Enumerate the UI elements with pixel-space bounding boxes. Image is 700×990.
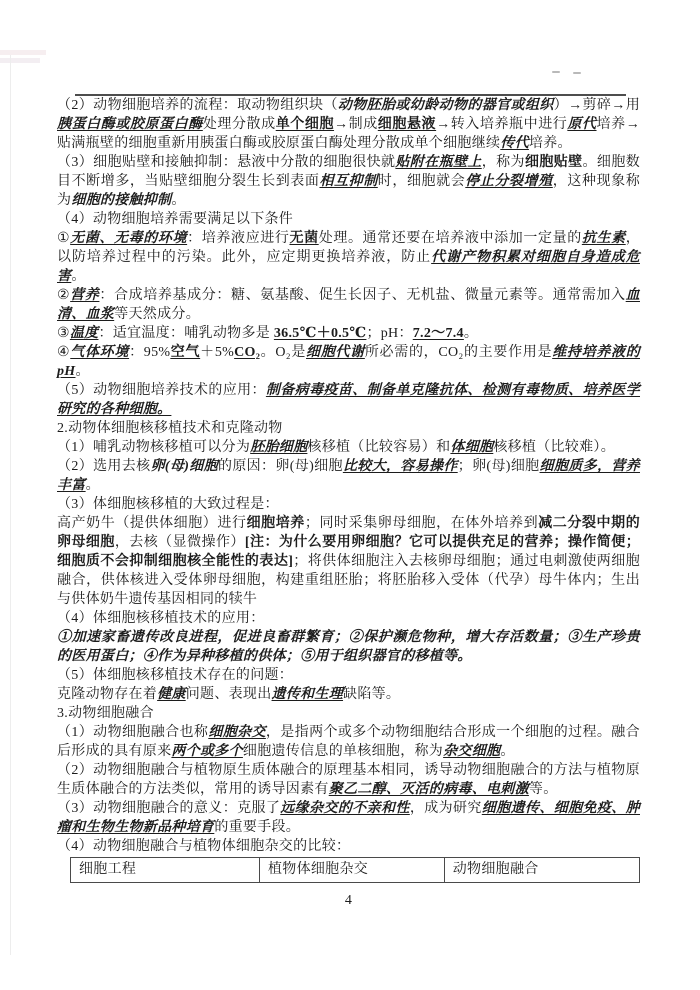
paragraph: ③温度：适宜温度：哺乳动物多是 36.5℃＋0.5℃；pH：7.2～7.4。 xyxy=(57,324,640,343)
text-run: （4）动物细胞培养需要满足以下条件 xyxy=(57,212,293,227)
paragraph: 3.动物细胞融合 xyxy=(57,704,640,723)
text-run: 细胞杂交 xyxy=(208,725,266,740)
paragraph: 克隆动物存在着健康问题、表现出遗传和生理缺陷等。 xyxy=(57,685,640,704)
text-run: →制成 xyxy=(334,117,378,132)
paragraph: ④气体环境：95%空气＋5%CO₂。O₂是细胞代谢所必需的，CO₂的主要作用是维… xyxy=(57,343,640,381)
text-run: 处理分散成 xyxy=(203,117,276,132)
text-run: 抗生素 xyxy=(582,231,626,246)
paragraph: 2.动物体细胞核移植技术和克隆动物 xyxy=(57,419,640,438)
text-run: 。 xyxy=(71,269,85,284)
text-run: 无菌 xyxy=(289,231,318,246)
paragraph: （4）动物细胞融合与植物体细胞杂交的比较： xyxy=(57,837,640,856)
text-run: 两个或多个 xyxy=(171,744,243,759)
text-run: 体细胞 xyxy=(450,440,493,455)
paragraph: （1）哺乳动物核移植可以分为胚胎细胞核移植（比较容易）和体细胞核移植（比较难）。 xyxy=(57,438,640,457)
scan-edge-line xyxy=(10,55,11,955)
text-run: 无菌、无毒的环境 xyxy=(70,231,187,246)
text-run: 远缘杂交的不亲和性 xyxy=(280,801,410,816)
text-run: 3.动物细胞融合 xyxy=(57,706,154,721)
paragraph: （5）体细胞核移植技术存在的问题： xyxy=(57,666,640,685)
table-header-cell-cell-engineering: 细胞工程 xyxy=(71,858,260,883)
text-run: 杂交细胞 xyxy=(443,744,500,759)
text-run: 高产奶牛（提供体细胞）进行 xyxy=(57,516,247,531)
paragraph: （3）动物细胞融合的意义：克服了远缘杂交的不亲和性，成为研究细胞遗传、细胞免疫、… xyxy=(57,799,640,837)
text-run: （2）动物细胞培养的流程：取动物组织块（ xyxy=(57,98,338,113)
text-run: 动物胚胎或幼龄动物的器官或组织 xyxy=(338,98,554,113)
text-run: （5）体细胞核移植技术存在的问题： xyxy=(57,668,293,683)
text-run: 的原因：卵(母)细胞 xyxy=(218,459,343,474)
text-run: ，成为研究 xyxy=(410,801,482,816)
text-run: →转入培养瓶中进行 xyxy=(436,117,567,132)
paragraph: ①无菌、无毒的环境：培养液应进行无菌处理。通常还要在培养液中添加一定量的抗生素，… xyxy=(57,229,640,286)
table-header-cell-plant-somatic-hybridization: 植物体细胞杂交 xyxy=(259,858,444,883)
text-run: ，称为 xyxy=(482,155,525,170)
text-run: 传代 xyxy=(500,136,529,151)
text-run: 所必需的，CO₂的主要作用是 xyxy=(365,345,552,360)
text-run: ：95% xyxy=(129,345,170,360)
text-run: 。 xyxy=(76,364,90,379)
text-run: 聚乙二醇、灭活的病毒、电刺激 xyxy=(329,782,529,797)
text-run: 36.5℃＋0.5℃ xyxy=(274,326,367,341)
text-run: 细胞贴壁 xyxy=(525,155,583,170)
table-header-row: 细胞工程 植物体细胞杂交 动物细胞融合 xyxy=(71,858,640,883)
scan-artifact-streak xyxy=(0,58,40,63)
text-run: （5）动物细胞培养技术的应用： xyxy=(57,383,266,398)
text-run: 单个细胞 xyxy=(276,117,334,132)
paragraph: （2）动物细胞融合与植物原生质体融合的原理基本相同，诱导动物细胞融合的方法与植物… xyxy=(57,761,640,799)
scan-artifact-streak xyxy=(0,50,46,55)
paragraph-container: （2）动物细胞培养的流程：取动物组织块（动物胚胎或幼龄动物的器官或组织）→剪碎→… xyxy=(57,96,640,856)
text-run: ）→剪碎→用 xyxy=(554,98,640,113)
document-body: （2）动物细胞培养的流程：取动物组织块（动物胚胎或幼龄动物的器官或组织）→剪碎→… xyxy=(57,96,640,910)
paragraph: ①加速家畜遗传改良进程，促进良畜群繁育；②保护濒危物种，增大存活数量；③生产珍贵… xyxy=(57,628,640,666)
table-header-cell-animal-cell-fusion: 动物细胞融合 xyxy=(444,858,639,883)
text-run: CO₂ xyxy=(234,345,260,360)
paragraph: （3）体细胞核移植的大致过程是： xyxy=(57,495,640,514)
text-run: 培养。 xyxy=(529,136,572,151)
text-run: （4）动物细胞融合与植物体细胞杂交的比较： xyxy=(57,839,350,854)
text-run: 停止分裂增殖 xyxy=(465,174,553,189)
paragraph: （2）动物细胞培养的流程：取动物组织块（动物胚胎或幼龄动物的器官或组织）→剪碎→… xyxy=(57,96,640,153)
text-run: ② xyxy=(57,288,70,303)
text-run: 克隆动物存在着 xyxy=(57,687,157,702)
text-run: ④ xyxy=(57,345,70,360)
text-run: 问题、表现出 xyxy=(186,687,272,702)
text-run: 细胞培养 xyxy=(247,516,305,531)
text-run: 胰蛋白酶或胶原蛋白酶 xyxy=(57,117,203,132)
text-run: 比较大，容易操作 xyxy=(343,459,458,474)
text-run: 细胞悬液 xyxy=(378,117,436,132)
text-run: （1）动物细胞融合也称 xyxy=(57,725,208,740)
comparison-table: 细胞工程 植物体细胞杂交 动物细胞融合 xyxy=(70,857,640,883)
paragraph: ②营养：合成培养基成分：糖、氨基酸、促生长因子、无机盐、微量元素等。通常需加入血… xyxy=(57,286,640,324)
text-run: （3）细胞贴壁和接触抑制：悬液中分散的细胞很快就 xyxy=(57,155,395,170)
text-run: 空气 xyxy=(170,345,200,360)
text-run: 。O₂是 xyxy=(260,345,306,360)
text-run: 。 xyxy=(464,326,478,341)
document-page: （2）动物细胞培养的流程：取动物组织块（动物胚胎或幼龄动物的器官或组织）→剪碎→… xyxy=(0,0,700,990)
text-run: 。 xyxy=(171,193,185,208)
text-run: 原代 xyxy=(567,117,596,132)
paragraph: （4）动物细胞培养需要满足以下条件 xyxy=(57,210,640,229)
text-run: ：合成培养基成分：糖、氨基酸、促生长因子、无机盐、微量元素等。通常需加入 xyxy=(99,288,625,303)
text-run: 温度 xyxy=(70,326,99,341)
text-run: 核移植（比较难）。 xyxy=(493,440,615,455)
paragraph: （3）细胞贴壁和接触抑制：悬液中分散的细胞很快就贴附在瓶壁上，称为细胞贴壁。细胞… xyxy=(57,153,640,210)
text-run: 缺陷等。 xyxy=(343,687,400,702)
text-run: （1）哺乳动物核移植可以分为 xyxy=(57,440,250,455)
text-run: 贴附在瓶壁上 xyxy=(395,155,481,170)
text-run: ；卵(母)细胞 xyxy=(458,459,540,474)
scan-artifact-dash xyxy=(573,72,581,74)
paragraph: （1）动物细胞融合也称细胞杂交，是指两个或多个动物细胞结合形成一个细胞的过程。融… xyxy=(57,723,640,761)
text-run: ：适宜温度：哺乳动物多是 xyxy=(98,326,273,341)
text-run: ③ xyxy=(57,326,70,341)
paragraph: （2）选用去核卵(母)细胞的原因：卵(母)细胞比较大，容易操作；卵(母)细胞细胞… xyxy=(57,457,640,495)
text-run: ①加速家畜遗传改良进程，促进良畜群繁育；②保护濒危物种，增大存活数量；③生产珍贵… xyxy=(57,630,640,664)
text-run: 时，细胞就会 xyxy=(378,174,466,189)
text-run: 遗传和生理 xyxy=(272,687,344,702)
text-run: 卵(母)细胞 xyxy=(151,459,218,474)
text-run: 营养 xyxy=(70,288,99,303)
text-run: 胚胎细胞 xyxy=(250,440,307,455)
text-run: ① xyxy=(57,231,70,246)
text-run: ＋5% xyxy=(200,345,234,360)
text-run: 的重要手段。 xyxy=(214,820,300,835)
text-run: ；pH： xyxy=(366,326,412,341)
paragraph: （4）体细胞核移植技术的应用： xyxy=(57,609,640,628)
text-run: 。 xyxy=(500,744,514,759)
page-number: 4 xyxy=(57,891,640,910)
text-run: 相互抑制 xyxy=(319,174,377,189)
text-run: ；同时采集卵母细胞，在体外培养到 xyxy=(305,516,538,531)
text-run: 7.2～7.4 xyxy=(413,326,464,341)
text-run: 等天然成分。 xyxy=(114,307,200,322)
paragraph: （5）动物细胞培养技术的应用：制备病毒疫苗、制备单克隆抗体、检测有毒物质、培养医… xyxy=(57,381,640,419)
text-run: 2.动物体细胞核移植技术和克隆动物 xyxy=(57,421,283,436)
text-run: （3）动物细胞融合的意义：克服了 xyxy=(57,801,280,816)
text-run: 细胞的接触抑制 xyxy=(71,193,171,208)
paragraph: 高产奶牛（提供体细胞）进行细胞培养；同时采集卵母细胞，在体外培养到减二分裂中期的… xyxy=(57,514,640,609)
text-run: ，去核（显微操作） xyxy=(115,535,245,550)
text-run: 细胞代谢 xyxy=(306,345,365,360)
text-run: （2）选用去核 xyxy=(57,459,151,474)
text-run: 。 xyxy=(86,478,100,493)
text-run: （4）体细胞核移植技术的应用： xyxy=(57,611,265,626)
text-run: （3）体细胞核移植的大致过程是： xyxy=(57,497,279,512)
text-run: ：培养液应进行 xyxy=(187,231,289,246)
text-run: 气体环境 xyxy=(70,345,129,360)
text-run: 健康 xyxy=(157,687,186,702)
text-run: 等。 xyxy=(529,782,558,797)
text-run: 处理。通常还要在培养液中添加一定量的 xyxy=(319,231,582,246)
text-run: 核移植（比较容易）和 xyxy=(307,440,450,455)
text-run: 细胞遗传信息的单核细胞，称为 xyxy=(243,744,443,759)
scan-artifact-dash xyxy=(552,71,560,73)
